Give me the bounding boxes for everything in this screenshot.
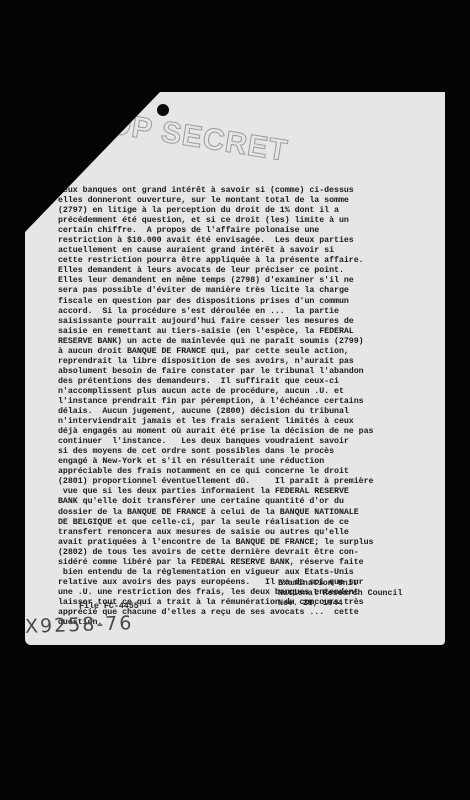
signature-block: Examination UnitNational Research Counci…	[278, 579, 402, 609]
body-line: accord. Si la procédure s'est déroulée e…	[58, 307, 438, 317]
body-line: dossier de la BANQUE DE FRANCE à celui d…	[58, 508, 438, 518]
handwritten-note: X9258-76	[25, 612, 134, 638]
body-line: bien entendu de la réglementation en vig…	[58, 568, 438, 578]
body-line: certain chiffre. A propos de l'affaire p…	[58, 226, 438, 236]
body-line: l'instance prendrait fin par péremption,…	[58, 397, 438, 407]
body-line: BANK qu'elle doit transférer une certain…	[58, 497, 438, 507]
body-line: saisissante pourrait aujourd'hui faire c…	[58, 317, 438, 327]
body-line: fiscale en question par des dispositions…	[58, 297, 438, 307]
body-line: n'interviendrait jamais et les frais ser…	[58, 417, 438, 427]
body-line: avait pratiquées à l'encontre de la BANQ…	[58, 538, 438, 548]
file-number: File FC-4455	[79, 602, 139, 611]
body-line: précédemment été question, et si ce droi…	[58, 216, 438, 226]
body-line: Elles demandent à leurs avocats de leur …	[58, 266, 438, 276]
body-line: sera pas possible d'éviter de manière tr…	[58, 286, 438, 296]
body-line: continuer l'instance. Les deux banques v…	[58, 437, 438, 447]
body-line: vue que si les deux parties informaient …	[58, 487, 438, 497]
body-line: saisie en remettant au tiers-saisie (en …	[58, 327, 438, 337]
document-body: deux banques ont grand intérêt à savoir …	[58, 186, 438, 628]
body-line: engagé à New-York et s'il en résulterait…	[58, 457, 438, 467]
signature-line: Nov. 28, 1944	[278, 599, 402, 609]
signature-line: National Research Council	[278, 589, 402, 599]
body-line: (2797) en litige à la perception du droi…	[58, 206, 438, 216]
body-line: deux banques ont grand intérêt à savoir …	[58, 186, 438, 196]
body-line: RESERVE BANK) un acte de mainlevée qui n…	[58, 337, 438, 347]
body-line: reprendrait la libre disposition de ses …	[58, 357, 438, 367]
body-line: des prétentions des demandeurs. Il suffi…	[58, 377, 438, 387]
body-line: cette restriction pourra être appliquée …	[58, 256, 438, 266]
signature-line: Examination Unit	[278, 579, 402, 589]
top-secret-stamp: TOP SECRET	[87, 104, 290, 169]
body-line: (2802) de tous les avoirs de cette derni…	[58, 548, 438, 558]
body-line: actuellement en cause auraient grand int…	[58, 246, 438, 256]
body-line: délais. Aucun jugement, aucune (2800) dé…	[58, 407, 438, 417]
body-line: transfert renoncera aux mesures de saisi…	[58, 528, 438, 538]
body-line: sidéré comme libéré par la FEDERAL RESER…	[58, 558, 438, 568]
body-line: (2801) proportionnel éventuellement dû. …	[58, 477, 438, 487]
body-line: Elles leur demandent en même temps (2798…	[58, 276, 438, 286]
document-page: TOP SECRET deux banques ont grand intérê…	[25, 92, 445, 645]
body-line: DE BELGIQUE et que celle-ci, par la seul…	[58, 518, 438, 528]
body-line: restriction à $10.000 avait été envisagé…	[58, 236, 438, 246]
body-line: absolument besoin de faire constater par…	[58, 367, 438, 377]
body-line: elles donneront ouverture, sur le montan…	[58, 196, 438, 206]
body-line: déjà engagés au moment où aurait été pri…	[58, 427, 438, 437]
body-line: n'accomplissent plus aucun acte de procé…	[58, 387, 438, 397]
body-line: appréciable des frais notamment en ce qu…	[58, 467, 438, 477]
punch-hole-left	[33, 104, 45, 116]
body-line: si des moyens de cet ordre sont possible…	[58, 447, 438, 457]
body-line: à aucun droit BANQUE DE FRANCE qui, par …	[58, 347, 438, 357]
